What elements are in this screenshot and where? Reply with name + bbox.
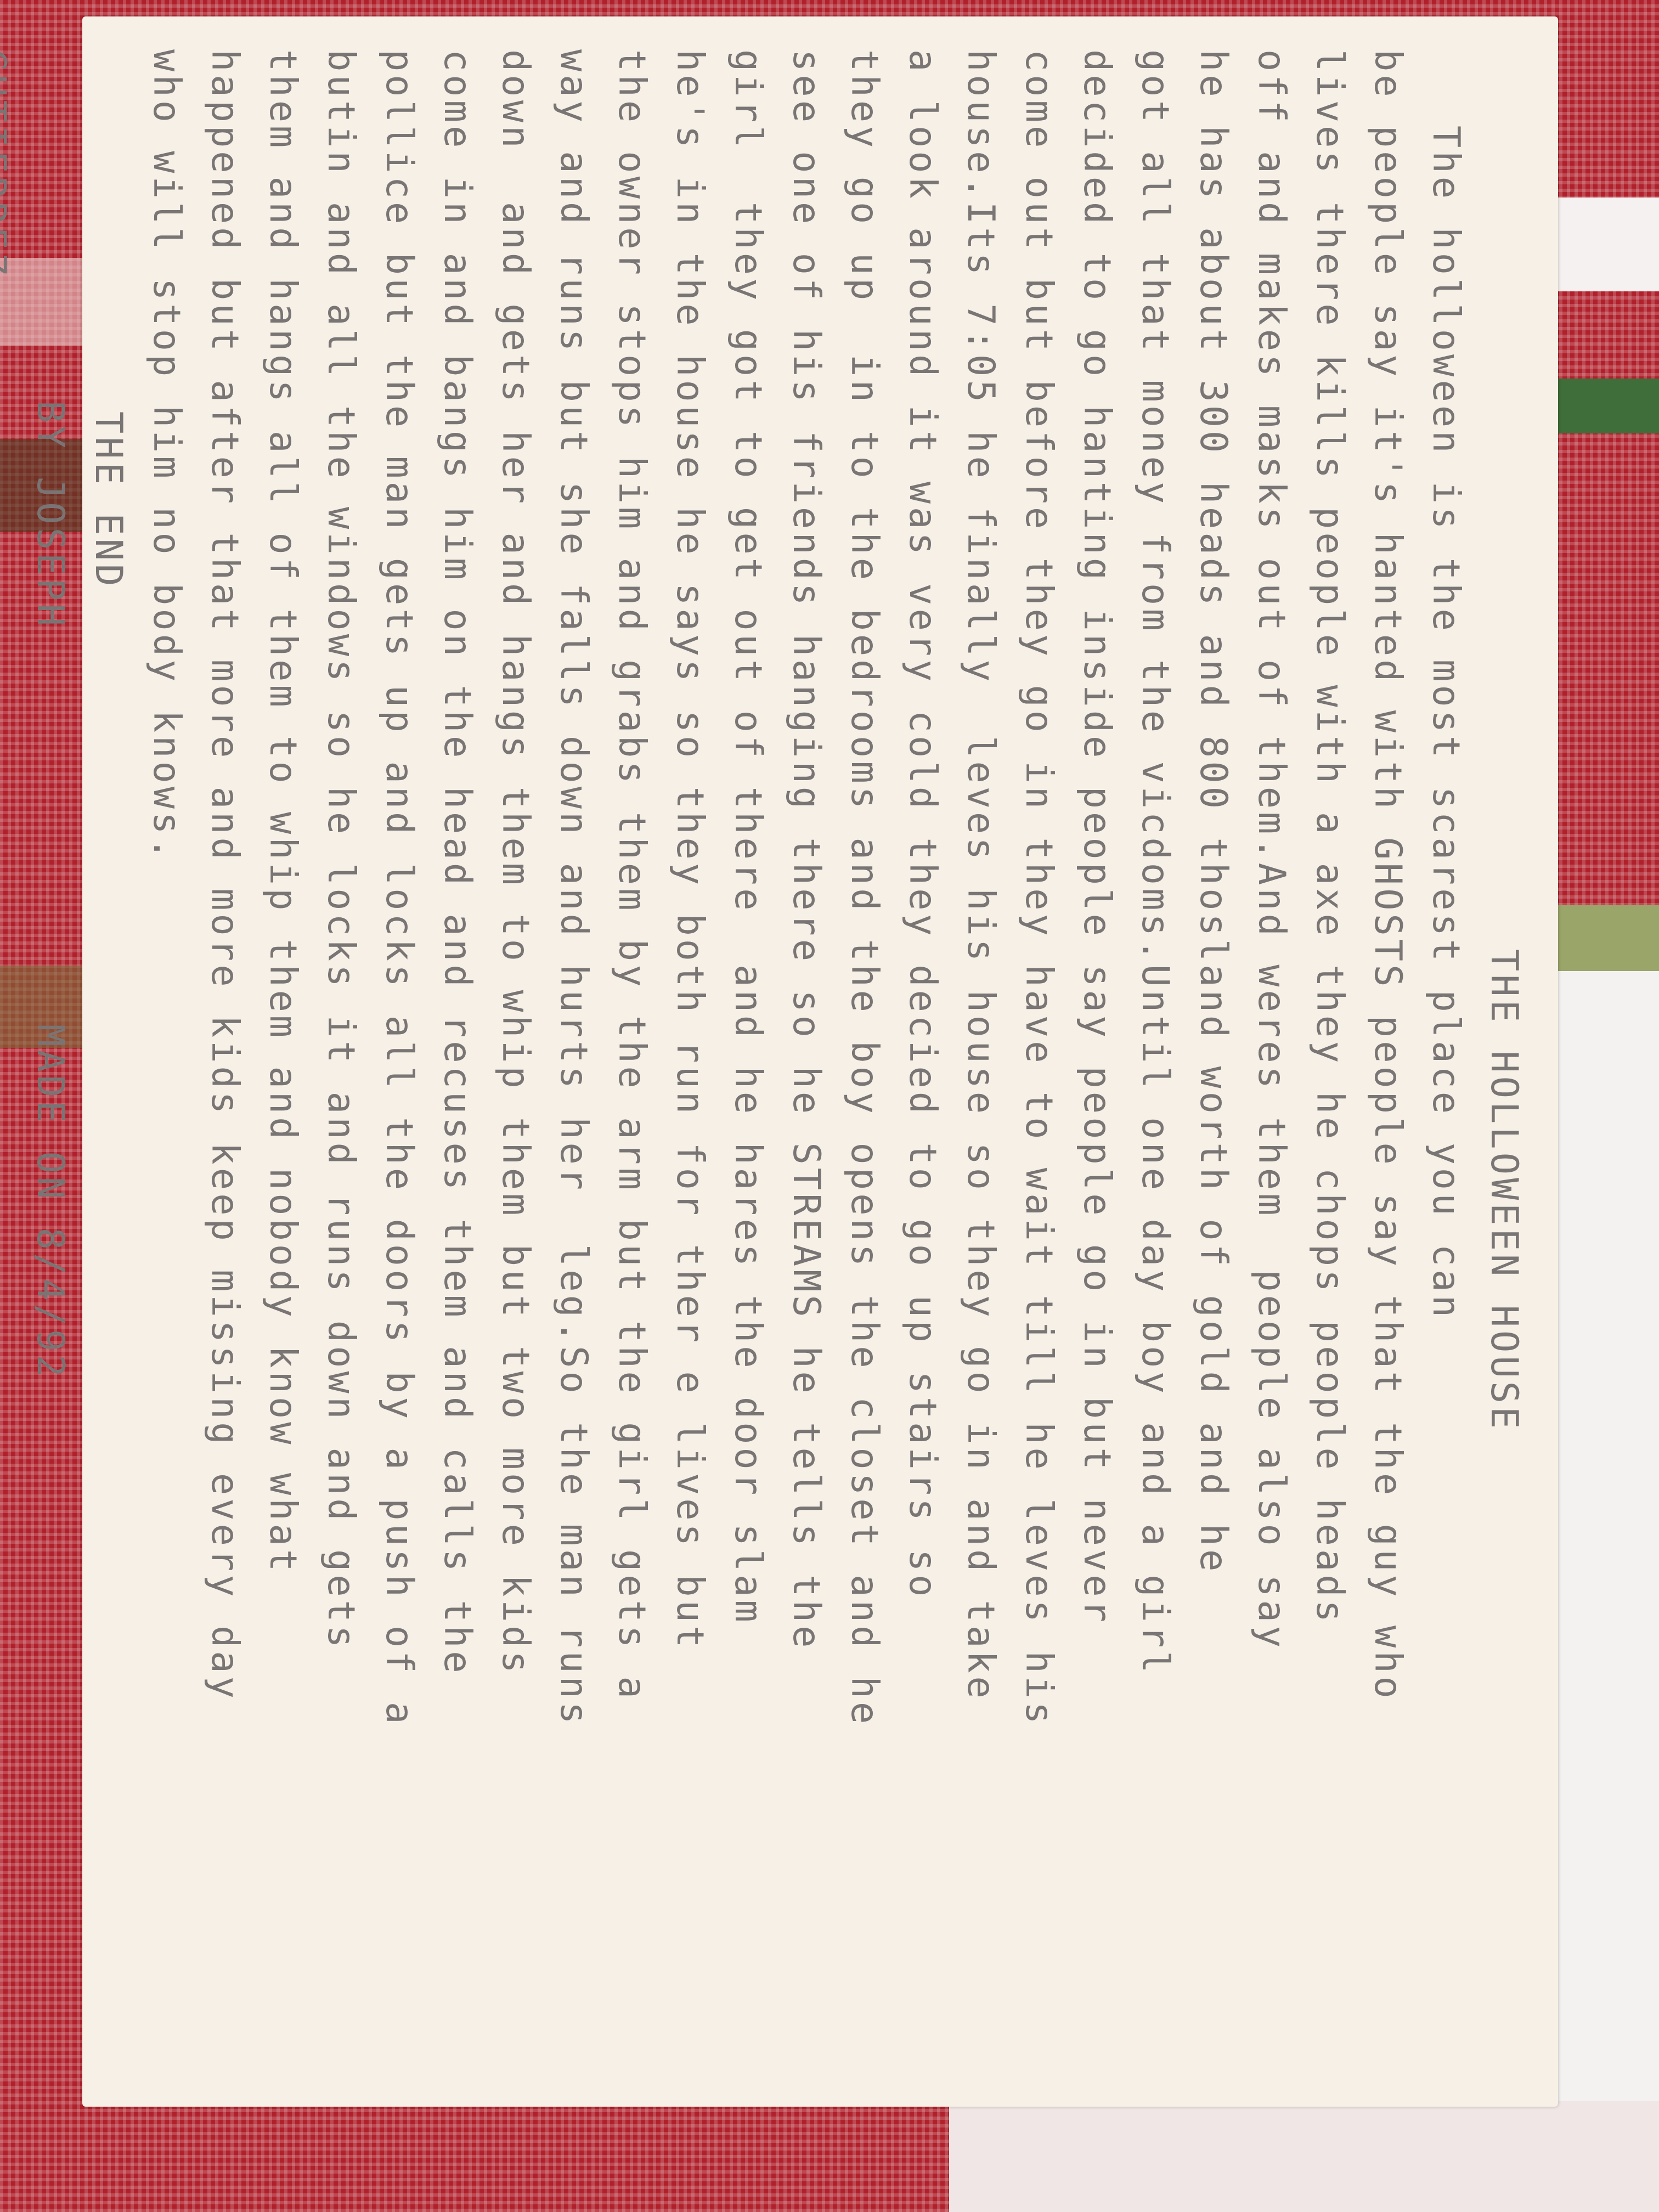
story-body: The holloween is the most scarest place … <box>138 49 1475 2057</box>
story-line: way and runs but she falls down and hurt… <box>545 49 603 2057</box>
story-line: down and gets her and hangs them to whip… <box>487 49 545 2057</box>
story-line: girl they got to get out of there and he… <box>719 49 777 2057</box>
story-line: got all that money from the vicdoms.Unti… <box>1126 49 1184 2057</box>
story-line: he's in the house he says so they both r… <box>661 49 719 2057</box>
story-line: who will stop him no body knows. <box>138 49 196 2057</box>
story-line: the owner stops him and grabs them by th… <box>603 49 661 2057</box>
author-surname-row: GUTIERREZ <box>0 49 21 2057</box>
byline: BY JOSEPH <box>21 400 80 629</box>
author-surname: GUTIERREZ <box>0 49 14 278</box>
story-line: a look around it was very cold they deci… <box>894 49 952 2057</box>
story-line: decided to go hanting inside people say … <box>1068 49 1126 2057</box>
story-line: pollice but the man gets up and locks al… <box>370 49 428 2057</box>
story-line: them and hangs all of them to whip them … <box>254 49 312 2057</box>
story-line: see one of his friends hanging there so … <box>777 49 836 2057</box>
story-signature: BY JOSEPHMADE ON 8/4/92 <box>21 49 80 2057</box>
story-line: The holloween is the most scarest place … <box>1417 49 1475 2057</box>
story-line: come out but before they go in they have… <box>1010 49 1068 2057</box>
story-line: off and makes masks out of them.And were… <box>1243 49 1301 2057</box>
story-line: be people say it's hanted with GHOSTS pe… <box>1359 49 1417 2057</box>
story-line: house.Its 7:05 he finally leves his hous… <box>952 49 1010 2057</box>
story-footer: THE END <box>80 49 138 2057</box>
story-line: they go up in to the bedrooms and the bo… <box>836 49 894 2057</box>
story-line: butin and all the windows so he locks it… <box>312 49 370 2057</box>
made-on-date: MADE ON 8/4/92 <box>21 1024 80 1380</box>
story-line: lives there kills people with a axe they… <box>1301 49 1359 2057</box>
story-title: THE HOLLOWEEN HOUSE <box>1475 49 1533 2057</box>
story-line: happened but after that more and more ki… <box>196 49 254 2057</box>
the-end-label: THE END <box>87 49 130 589</box>
story-line: he has about 300 heads and 800 thosland … <box>1184 49 1243 2057</box>
tablecloth-stripe <box>949 2101 1659 2212</box>
story-text-block: THE HOLLOWEEN HOUSE The holloween is the… <box>154 27 1553 2079</box>
story-line: come in and bangs him on the head and re… <box>428 49 487 2057</box>
